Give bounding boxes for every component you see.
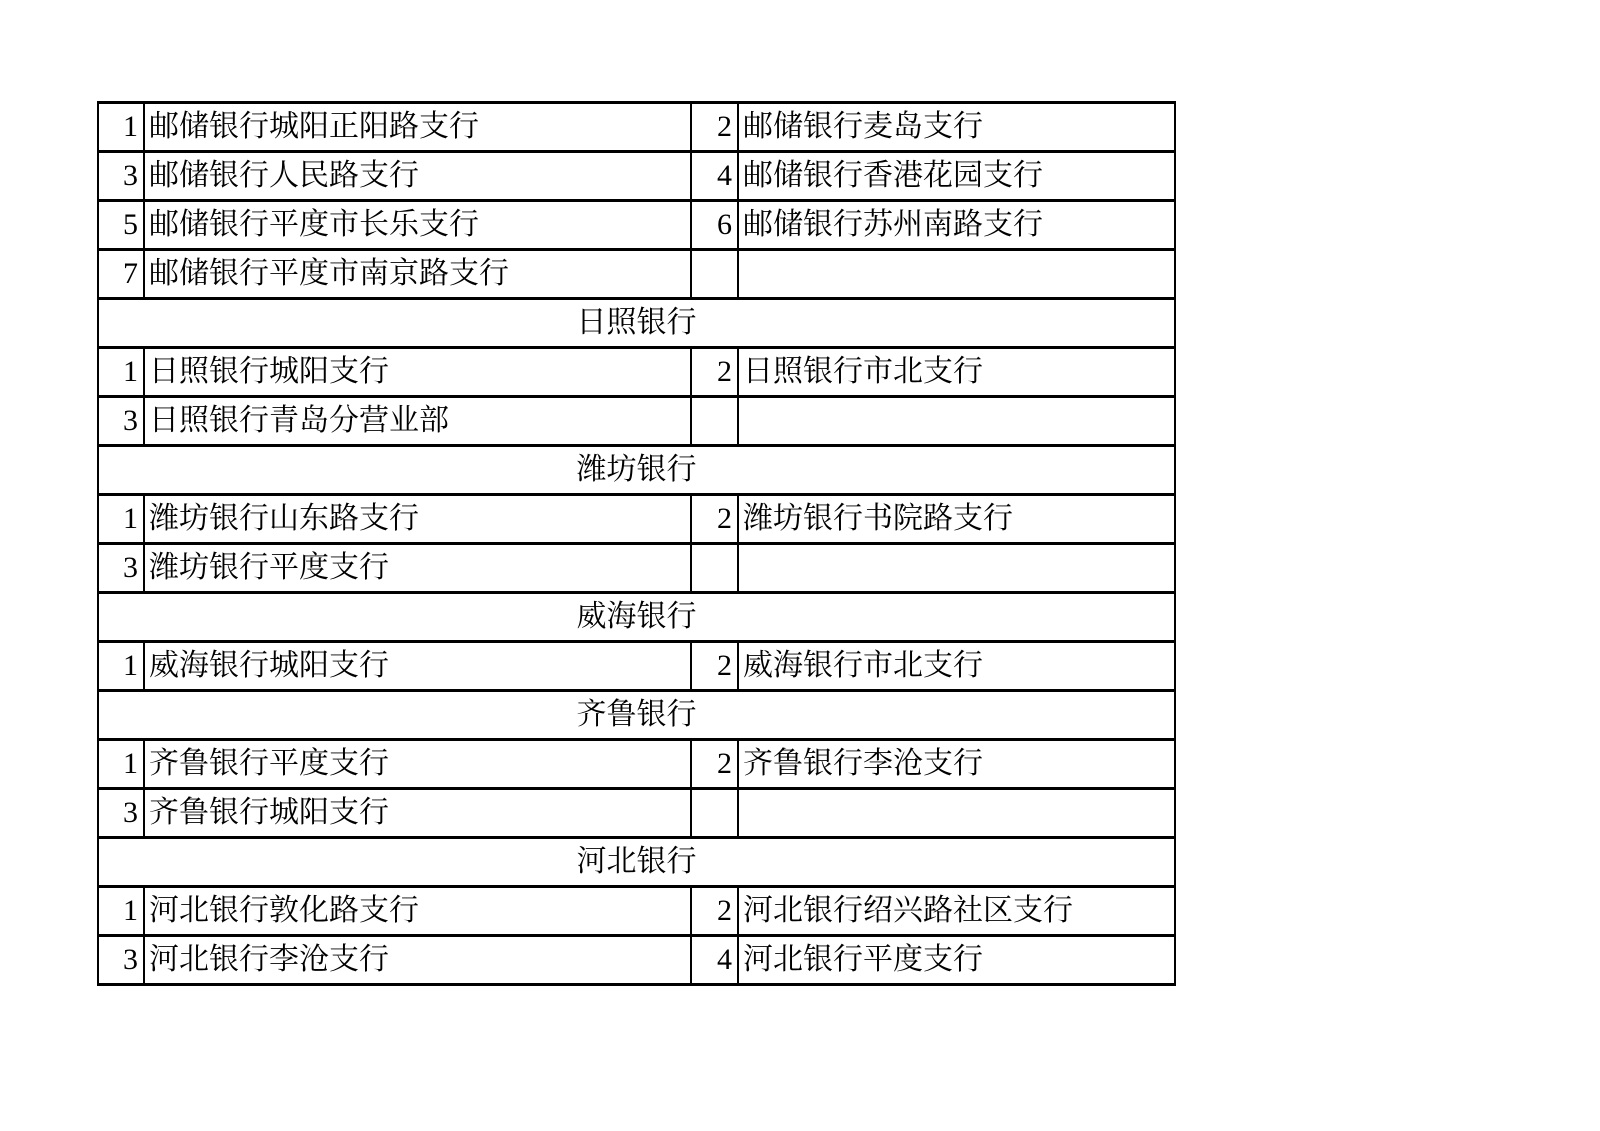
branch-number-cell: 2	[691, 740, 738, 789]
branch-number-cell: 3	[98, 789, 144, 838]
branch-name-cell: 邮储银行平度市南京路支行	[144, 250, 691, 299]
branch-number-cell: 2	[691, 642, 738, 691]
table-row: 潍坊银行	[98, 446, 1175, 495]
branch-name-cell: 日照银行城阳支行	[144, 348, 691, 397]
branch-name-cell: 齐鲁银行城阳支行	[144, 789, 691, 838]
branch-name-cell	[738, 397, 1175, 446]
branch-name-cell: 威海银行市北支行	[738, 642, 1175, 691]
branch-number-cell	[691, 789, 738, 838]
bank-section-header: 潍坊银行	[98, 446, 1175, 495]
table-row: 3 邮储银行人民路支行 4 邮储银行香港花园支行	[98, 152, 1175, 201]
table-row: 3 日照银行青岛分营业部	[98, 397, 1175, 446]
table-row: 1 日照银行城阳支行 2 日照银行市北支行	[98, 348, 1175, 397]
branch-number-cell: 3	[98, 936, 144, 985]
branch-name-cell: 齐鲁银行李沧支行	[738, 740, 1175, 789]
branch-number-cell: 1	[98, 495, 144, 544]
branch-name-cell: 威海银行城阳支行	[144, 642, 691, 691]
branch-name-cell: 邮储银行苏州南路支行	[738, 201, 1175, 250]
branch-number-cell: 2	[691, 348, 738, 397]
branch-name-cell: 日照银行市北支行	[738, 348, 1175, 397]
branch-name-cell: 邮储银行香港花园支行	[738, 152, 1175, 201]
branch-number-cell: 7	[98, 250, 144, 299]
branch-name-cell: 邮储银行人民路支行	[144, 152, 691, 201]
bank-branches-table-container: 1 邮储银行城阳正阳路支行 2 邮储银行麦岛支行 3 邮储银行人民路支行 4 邮…	[97, 101, 1176, 986]
branch-number-cell: 1	[98, 348, 144, 397]
branch-name-cell: 河北银行平度支行	[738, 936, 1175, 985]
branch-number-cell: 2	[691, 495, 738, 544]
table-row: 3 潍坊银行平度支行	[98, 544, 1175, 593]
table-row: 威海银行	[98, 593, 1175, 642]
table-row: 1 威海银行城阳支行 2 威海银行市北支行	[98, 642, 1175, 691]
branch-number-cell: 1	[98, 740, 144, 789]
branch-number-cell: 1	[98, 642, 144, 691]
table-row: 河北银行	[98, 838, 1175, 887]
bank-section-header: 河北银行	[98, 838, 1175, 887]
branch-name-cell: 潍坊银行平度支行	[144, 544, 691, 593]
branch-number-cell: 6	[691, 201, 738, 250]
branch-name-cell: 日照银行青岛分营业部	[144, 397, 691, 446]
branch-number-cell: 2	[691, 887, 738, 936]
bank-branches-table: 1 邮储银行城阳正阳路支行 2 邮储银行麦岛支行 3 邮储银行人民路支行 4 邮…	[97, 101, 1176, 986]
branch-name-cell: 邮储银行平度市长乐支行	[144, 201, 691, 250]
branch-number-cell	[691, 250, 738, 299]
branch-name-cell: 河北银行敦化路支行	[144, 887, 691, 936]
branch-number-cell	[691, 397, 738, 446]
branch-number-cell: 3	[98, 152, 144, 201]
table-row: 3 河北银行李沧支行 4 河北银行平度支行	[98, 936, 1175, 985]
table-row: 1 邮储银行城阳正阳路支行 2 邮储银行麦岛支行	[98, 103, 1175, 152]
bank-section-header: 威海银行	[98, 593, 1175, 642]
branch-name-cell: 河北银行绍兴路社区支行	[738, 887, 1175, 936]
branch-name-cell: 潍坊银行山东路支行	[144, 495, 691, 544]
table-row: 7 邮储银行平度市南京路支行	[98, 250, 1175, 299]
branch-number-cell	[691, 544, 738, 593]
branch-number-cell: 1	[98, 887, 144, 936]
branch-number-cell: 3	[98, 397, 144, 446]
branch-number-cell: 4	[691, 152, 738, 201]
table-row: 3 齐鲁银行城阳支行	[98, 789, 1175, 838]
branch-number-cell: 4	[691, 936, 738, 985]
bank-section-header: 日照银行	[98, 299, 1175, 348]
table-row: 1 潍坊银行山东路支行 2 潍坊银行书院路支行	[98, 495, 1175, 544]
branch-name-cell	[738, 544, 1175, 593]
table-row: 1 齐鲁银行平度支行 2 齐鲁银行李沧支行	[98, 740, 1175, 789]
table-row: 5 邮储银行平度市长乐支行 6 邮储银行苏州南路支行	[98, 201, 1175, 250]
table-row: 齐鲁银行	[98, 691, 1175, 740]
branch-number-cell: 2	[691, 103, 738, 152]
branch-name-cell: 齐鲁银行平度支行	[144, 740, 691, 789]
branch-name-cell	[738, 789, 1175, 838]
branch-name-cell: 邮储银行麦岛支行	[738, 103, 1175, 152]
branch-number-cell: 1	[98, 103, 144, 152]
branch-number-cell: 3	[98, 544, 144, 593]
branch-name-cell: 潍坊银行书院路支行	[738, 495, 1175, 544]
branch-name-cell: 邮储银行城阳正阳路支行	[144, 103, 691, 152]
branch-name-cell: 河北银行李沧支行	[144, 936, 691, 985]
branch-name-cell	[738, 250, 1175, 299]
branch-number-cell: 5	[98, 201, 144, 250]
bank-section-header: 齐鲁银行	[98, 691, 1175, 740]
table-row: 日照银行	[98, 299, 1175, 348]
document-page: { "page": { "background": "#ffffff", "te…	[0, 0, 1600, 1131]
table-row: 1 河北银行敦化路支行 2 河北银行绍兴路社区支行	[98, 887, 1175, 936]
